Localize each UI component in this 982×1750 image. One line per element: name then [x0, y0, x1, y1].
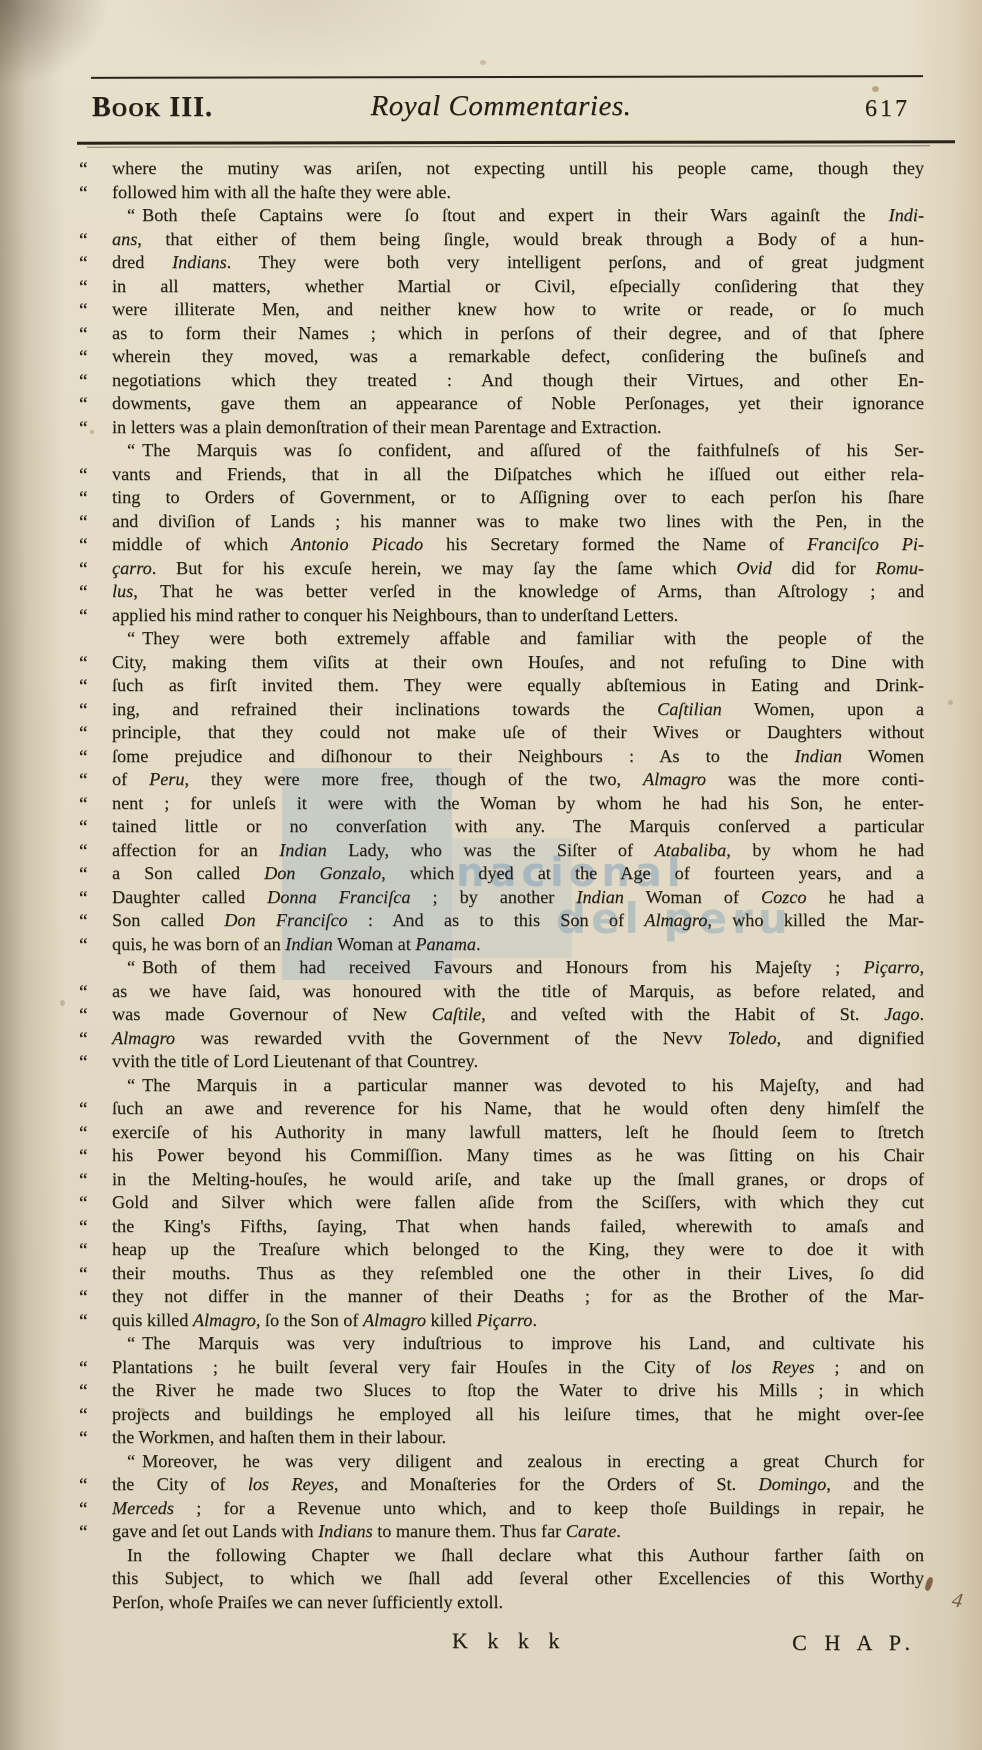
text-segment: , — [919, 957, 924, 977]
text-segment: ting to Orders of Government, or to Aſſi… — [112, 487, 924, 507]
text-line: “Gold and Silver which were fallen aſide… — [112, 1191, 924, 1215]
text-segment: Moreover, he was very diligent and zealo… — [142, 1451, 924, 1471]
text-line: “ting to Orders of Government, or to Aſſ… — [112, 486, 924, 510]
text-line: “vants and Friends, that in all the Diſp… — [112, 463, 924, 487]
text-line: “in letters was a plain demonſtration of… — [112, 416, 924, 440]
text-line: “the City of los Reyes, and Monaſteries … — [112, 1473, 924, 1497]
italic-text-segment: Jago — [884, 1004, 919, 1024]
italic-text-segment: Don Gonzalo — [264, 863, 381, 883]
inline-quote-mark: “ — [127, 1075, 142, 1095]
text-line: “affection for an Indian Lady, who was t… — [112, 839, 924, 863]
text-line: “his Power beyond his Commiſſion. Many t… — [112, 1144, 924, 1168]
text-segment: middle of which — [112, 534, 291, 554]
text-line: “Plantations ; he built ſeveral very fai… — [112, 1356, 924, 1380]
foxing-spot — [872, 86, 879, 92]
catchword: C H A P. — [792, 1630, 916, 1656]
text-segment: where the mutiny was ariſen, not expecti… — [112, 158, 924, 178]
foxing-spot — [90, 430, 94, 434]
text-segment: killed — [426, 1310, 477, 1330]
italic-text-segment: Carate — [566, 1521, 617, 1541]
text-line: “the River he made two Sluces to ſtop th… — [112, 1379, 924, 1403]
italic-text-segment: Piçarro — [864, 957, 920, 977]
italic-text-segment: Atabaliba — [655, 840, 727, 860]
text-segment: was made Governour of New — [112, 1004, 432, 1024]
margin-quote-mark: “ — [79, 1169, 86, 1193]
margin-quote-mark: “ — [79, 1098, 86, 1122]
text-segment: quis, he was born of an — [112, 934, 285, 954]
inline-quote-mark: “ — [127, 1333, 142, 1353]
text-segment: the Workmen, and haſten them in their la… — [112, 1427, 446, 1447]
text-segment: : And as to this Son of — [348, 910, 645, 930]
text-line: “middle of which Antonio Picado his Secr… — [112, 533, 924, 557]
text-segment: nent ; for unleſs it were with the Woman… — [112, 793, 924, 813]
italic-text-segment: Domingo — [758, 1474, 826, 1494]
italic-text-segment: Indians — [172, 252, 227, 272]
text-line: “nent ; for unleſs it were with the Woma… — [112, 792, 924, 816]
margin-quote-mark: “ — [79, 1051, 86, 1075]
text-line: “their mouths. Thus as they reſembled on… — [112, 1262, 924, 1286]
text-line: “the King's Fifths, ſaying, That when ha… — [112, 1215, 924, 1239]
text-segment: . — [919, 1004, 924, 1024]
italic-text-segment: Romu- — [876, 558, 925, 578]
header-running-title: Royal Commentaries. — [0, 90, 922, 123]
margin-quote-mark: “ — [79, 1498, 86, 1522]
margin-quote-mark: “ — [79, 276, 86, 300]
text-segment: The Marquis in a particular manner was d… — [142, 1075, 924, 1095]
margin-quote-mark: “ — [79, 793, 86, 817]
text-segment: he had a — [806, 887, 924, 907]
text-segment: Daughter called — [112, 887, 267, 907]
header-top-rule — [91, 75, 923, 79]
text-line: “the Workmen, and haſten them in their l… — [112, 1426, 924, 1450]
margin-quote-mark: “ — [79, 840, 86, 864]
text-line: “The Marquis in a particular manner was … — [112, 1074, 924, 1098]
text-segment: Both theſe Captains were ſo ſtout and ex… — [142, 205, 889, 225]
text-line: “heap up the Treaſure which belonged to … — [112, 1238, 924, 1262]
text-line: “ſuch as firſt invited them. They were e… — [112, 674, 924, 698]
margin-quote-mark: “ — [79, 1004, 86, 1028]
text-line: “City, making them viſits at their own H… — [112, 651, 924, 675]
text-line: “a Son called Don Gonzalo, which dyed at… — [112, 862, 924, 886]
text-line: this Subject, to which we ſhall add ſeve… — [112, 1567, 924, 1591]
foxing-spot — [948, 700, 953, 705]
text-line: “in all matters, whether Martial or Civi… — [112, 275, 924, 299]
body-text: “where the mutiny was ariſen, not expect… — [112, 157, 924, 1614]
text-segment: in letters was a plain demonſtration of … — [112, 417, 661, 437]
ink-fleck — [924, 1576, 934, 1591]
text-segment: vvith the title of Lord Lieutenant of th… — [112, 1051, 478, 1071]
italic-text-segment: los Reyes — [248, 1474, 334, 1494]
margin-quote-mark: “ — [79, 581, 86, 605]
margin-quote-mark: “ — [79, 393, 86, 417]
text-line: “of Peru, they were more free, though of… — [112, 768, 924, 792]
text-segment: Woman of — [624, 887, 761, 907]
text-segment: The Marquis was ſo confident, and aſſure… — [142, 440, 924, 460]
margin-quote-mark: “ — [79, 699, 86, 723]
text-line: “Merceds ; for a Revenue unto which, and… — [112, 1497, 924, 1521]
text-line: “Both theſe Captains were ſo ſtout and e… — [112, 204, 924, 228]
inline-quote-mark: “ — [127, 628, 142, 648]
italic-text-segment: Almagro — [363, 1310, 426, 1330]
text-line: In the following Chapter we ſhall declar… — [112, 1544, 924, 1568]
margin-quote-mark: “ — [79, 1474, 86, 1498]
text-segment: heap up the Treaſure which belonged to t… — [112, 1239, 924, 1259]
text-line: “was made Governour of New Caſtile, and … — [112, 1003, 924, 1027]
text-segment: gave and ſet out Lands with — [112, 1521, 318, 1541]
text-segment: Women — [842, 746, 924, 766]
text-segment: , and Monaſteries for the Orders of St. — [334, 1474, 759, 1494]
text-segment: as to form their Names ; which in perſon… — [112, 323, 924, 343]
signature-mark: K k k k — [452, 1628, 566, 1654]
italic-text-segment: Indian — [576, 887, 624, 907]
italic-text-segment: Antonio Picado — [291, 534, 423, 554]
text-segment: They were both extremely affable and fam… — [142, 628, 924, 648]
text-line: “ſuch an awe and reverence for his Name,… — [112, 1097, 924, 1121]
text-segment: did for — [772, 558, 876, 578]
italic-text-segment: Indian — [794, 746, 842, 766]
text-line: “They were both extremely affable and fa… — [112, 627, 924, 651]
italic-text-segment: Indians — [318, 1521, 373, 1541]
text-line: “Daughter called Donna Franciſca ; by an… — [112, 886, 924, 910]
italic-text-segment: Indi- — [889, 205, 924, 225]
margin-quote-mark: “ — [79, 934, 86, 958]
text-segment: affection for an — [112, 840, 279, 860]
text-segment: as we have ſaid, was honoured with the t… — [112, 981, 924, 1001]
text-segment: was the more conti- — [706, 769, 924, 789]
text-line: “vvith the title of Lord Lieutenant of t… — [112, 1050, 924, 1074]
margin-quote-mark: “ — [79, 370, 86, 394]
margin-quote-mark: “ — [79, 1357, 86, 1381]
inline-quote-mark: “ — [127, 1451, 142, 1471]
text-segment: applied his mind rather to conquer his N… — [112, 605, 678, 625]
foxing-spot — [140, 1408, 145, 1413]
margin-quote-mark: “ — [79, 558, 86, 582]
text-line: “Son called Don Franciſco : And as to th… — [112, 909, 924, 933]
margin-quote-mark: “ — [79, 887, 86, 911]
text-segment: , by whom he had — [726, 840, 924, 860]
text-line: “wherein they moved, was a remarkable de… — [112, 345, 924, 369]
text-segment: the River he made two Sluces to ſtop the… — [112, 1380, 924, 1400]
text-segment: , and the — [826, 1474, 924, 1494]
text-line: “tained little or no converſation with a… — [112, 815, 924, 839]
text-line: “ans, that either of them being ſingle, … — [112, 228, 924, 252]
text-segment: . They were both very intelligent perſon… — [227, 252, 924, 272]
margin-quote-mark: “ — [79, 158, 86, 182]
margin-quote-mark: “ — [79, 1286, 86, 1310]
margin-quote-mark: “ — [79, 652, 86, 676]
italic-text-segment: Indian — [285, 934, 333, 954]
margin-quote-mark: “ — [79, 182, 86, 206]
text-segment: Both of them had received Favours and Ho… — [142, 957, 863, 977]
text-segment: Lady, who was the Siſter of — [327, 840, 655, 860]
margin-quote-mark: “ — [79, 229, 86, 253]
text-segment: projects and buildings he employed all h… — [112, 1404, 924, 1424]
italic-text-segment: Merceds — [112, 1498, 174, 1518]
margin-quote-mark: “ — [79, 1310, 86, 1334]
italic-text-segment: los Reyes — [731, 1357, 815, 1377]
text-line: “The Marquis was ſo confident, and aſſur… — [112, 439, 924, 463]
margin-quote-mark: “ — [79, 1263, 86, 1287]
text-line: “exerciſe of his Authority in many lawfu… — [112, 1121, 924, 1145]
text-segment: . — [476, 934, 481, 954]
text-line: “Almagro was rewarded vvith the Governme… — [112, 1027, 924, 1051]
foxing-spot — [480, 60, 486, 65]
margin-quote-mark: “ — [79, 1145, 86, 1169]
text-line: “negotiations which they treated : And t… — [112, 369, 924, 393]
margin-quote-mark: “ — [79, 1122, 86, 1146]
margin-quote-mark: “ — [79, 511, 86, 535]
margin-quote-mark: “ — [79, 252, 86, 276]
margin-quote-mark: “ — [79, 605, 86, 629]
text-segment: dowments, gave them an appearance of Nob… — [112, 393, 924, 413]
text-segment: ; and on — [814, 1357, 924, 1377]
text-segment: ; by another — [410, 887, 576, 907]
text-segment: tained little or no converſation with an… — [112, 816, 924, 836]
italic-text-segment: Almagro — [193, 1310, 256, 1330]
text-segment: ; for a Revenue unto which, and to keep … — [174, 1498, 924, 1518]
text-line: “dowments, gave them an appearance of No… — [112, 392, 924, 416]
margin-quote-mark: “ — [79, 1239, 86, 1263]
italic-text-segment: Almagro — [643, 769, 706, 789]
margin-quote-mark: “ — [79, 1521, 86, 1545]
italic-text-segment: Ovid — [736, 558, 771, 578]
text-line: “ing, and refrained their inclinations t… — [112, 698, 924, 722]
italic-text-segment: Piçarro — [476, 1310, 532, 1330]
text-line: “and diviſion of Lands ; his manner was … — [112, 510, 924, 534]
text-segment: in all matters, whether Martial or Civil… — [112, 276, 924, 296]
text-line: “Moreover, he was very diligent and zeal… — [112, 1450, 924, 1474]
margin-quote-mark: “ — [79, 1427, 86, 1451]
text-line: “as to form their Names ; which in perſo… — [112, 322, 924, 346]
text-segment: . — [532, 1310, 537, 1330]
text-line: “followed him with all the haſte they we… — [112, 181, 924, 205]
margin-quote-mark: “ — [79, 981, 86, 1005]
margin-quote-mark: “ — [79, 863, 86, 887]
text-segment: was rewarded vvith the Government of the… — [175, 1028, 728, 1048]
italic-text-segment: Toledo — [728, 1028, 777, 1048]
text-segment: ing, and refrained their inclinations to… — [112, 699, 657, 719]
italic-text-segment: lus — [112, 581, 133, 601]
margin-quote-mark: “ — [79, 1380, 86, 1404]
text-segment: Gold and Silver which were fallen aſide … — [112, 1192, 924, 1212]
italic-text-segment: Franciſco Pi- — [807, 534, 924, 554]
text-line: “principle, that they could not make uſe… — [112, 721, 924, 745]
text-segment: they not differ in the manner of their D… — [112, 1286, 924, 1306]
header-bottom-rule — [77, 140, 955, 145]
margin-quote-mark: “ — [79, 675, 86, 699]
text-line: “where the mutiny was ariſen, not expect… — [112, 157, 924, 181]
text-segment: , That he was better verſed in the knowl… — [133, 581, 924, 601]
margin-quote-mark: “ — [79, 534, 86, 558]
text-line: “çarro. But for his excuſe herein, we ma… — [112, 557, 924, 581]
text-line: “projects and buildings he employed all … — [112, 1403, 924, 1427]
margin-quote-mark: “ — [79, 1192, 86, 1216]
italic-text-segment: Almagro — [112, 1028, 175, 1048]
text-segment: dred — [112, 252, 172, 272]
margin-quote-mark: “ — [79, 1028, 86, 1052]
italic-text-segment: Caſtile — [432, 1004, 482, 1024]
text-segment: Perſon, whoſe Praiſes we can never ſuffi… — [112, 1592, 503, 1612]
inline-quote-mark: “ — [127, 205, 142, 225]
margin-quote-mark: “ — [79, 722, 86, 746]
margin-quote-mark: “ — [79, 299, 86, 323]
text-segment: the King's Fifths, ſaying, That when han… — [112, 1216, 924, 1236]
margin-quote-mark: “ — [79, 746, 86, 770]
italic-text-segment: Indian — [279, 840, 327, 860]
header-page-number: 617 — [865, 96, 910, 123]
margin-quote-mark: “ — [79, 769, 86, 793]
text-segment: vants and Friends, that in all the Diſpa… — [112, 464, 924, 484]
text-segment: Women, upon a — [722, 699, 924, 719]
margin-quote-mark: “ — [79, 417, 86, 441]
text-segment: exerciſe of his Authority in many lawful… — [112, 1122, 924, 1142]
text-segment: , who killed the Mar- — [707, 910, 924, 930]
text-segment: the City of — [112, 1474, 248, 1494]
italic-text-segment: Don Franciſco — [224, 910, 347, 930]
text-line: “The Marquis was very induſtrious to imp… — [112, 1332, 924, 1356]
text-line: “gave and ſet out Lands with Indians to … — [112, 1520, 924, 1544]
text-segment: Plantations ; he built ſeveral very fair… — [112, 1357, 731, 1377]
text-segment: Son called — [112, 910, 224, 930]
text-line: Perſon, whoſe Praiſes we can never ſuffi… — [112, 1591, 924, 1615]
italic-text-segment: Almagro — [644, 910, 707, 930]
text-segment: . But for his excuſe herein, we may ſay … — [152, 558, 737, 578]
text-segment: ſuch as firſt invited them. They were eq… — [112, 675, 924, 695]
text-segment: . — [616, 1521, 621, 1541]
text-segment: City, making them viſits at their own Ho… — [112, 652, 924, 672]
text-line: “dred Indians. They were both very intel… — [112, 251, 924, 275]
text-segment: followed him with all the haſte they wer… — [112, 182, 451, 202]
text-segment: a Son called — [112, 863, 264, 883]
text-segment: of — [112, 769, 149, 789]
margin-quote-mark: “ — [79, 346, 86, 370]
text-segment: The Marquis was very induſtrious to impr… — [142, 1333, 924, 1353]
inline-quote-mark: “ — [127, 440, 142, 460]
text-segment: , and veſted with the Habit of St. — [481, 1004, 884, 1024]
text-segment: this Subject, to which we ſhall add ſeve… — [112, 1568, 924, 1588]
text-segment: in the Melting-houſes, he would ariſe, a… — [112, 1169, 924, 1189]
italic-text-segment: Peru — [149, 769, 184, 789]
text-segment: , that either of them being ſingle, woul… — [137, 229, 924, 249]
text-segment: his Power beyond his Commiſſion. Many ti… — [112, 1145, 924, 1165]
text-segment: , they were more free, though of the two… — [184, 769, 643, 789]
text-segment: ſuch an awe and reverence for his Name, … — [112, 1098, 924, 1118]
text-line: “ſome prejudice and diſhonour to their N… — [112, 745, 924, 769]
italic-text-segment: çarro — [112, 558, 152, 578]
text-segment: principle, that they could not make uſe … — [112, 722, 924, 742]
margin-pen-mark: 4 — [950, 1587, 965, 1613]
book-page-scan: Book III. Royal Commentaries. 617 nacion… — [0, 0, 982, 1750]
text-segment: , which dyed at the Age of fourteen year… — [381, 863, 924, 883]
margin-quote-mark: “ — [79, 323, 86, 347]
text-line: “they not differ in the manner of their … — [112, 1285, 924, 1309]
text-line: “quis killed Almagro, ſo the Son of Alma… — [112, 1309, 924, 1333]
text-segment: wherein they moved, was a remarkable def… — [112, 346, 924, 366]
text-segment: ſome prejudice and diſhonour to their Ne… — [112, 746, 794, 766]
margin-quote-mark: “ — [79, 464, 86, 488]
margin-quote-mark: “ — [79, 1404, 86, 1428]
margin-quote-mark: “ — [79, 487, 86, 511]
text-line: “lus, That he was better verſed in the k… — [112, 580, 924, 604]
text-segment: , ſo the Son of — [256, 1310, 363, 1330]
text-segment: Woman at — [333, 934, 416, 954]
text-segment: quis killed — [112, 1310, 193, 1330]
text-segment: In the following Chapter we ſhall declar… — [127, 1545, 924, 1565]
text-segment: , and dignified — [777, 1028, 924, 1048]
text-line: “in the Melting-houſes, he would ariſe, … — [112, 1168, 924, 1192]
text-segment: their mouths. Thus as they reſembled one… — [112, 1263, 924, 1283]
text-segment: and diviſion of Lands ; his manner was t… — [112, 511, 924, 531]
margin-quote-mark: “ — [79, 1216, 86, 1240]
text-line: “quis, he was born of an Indian Woman at… — [112, 933, 924, 957]
italic-text-segment: ans — [112, 229, 137, 249]
italic-text-segment: Caſtilian — [657, 699, 722, 719]
foxing-spot — [60, 1000, 65, 1006]
margin-quote-mark: “ — [79, 910, 86, 934]
text-segment: negotiations which they treated : And th… — [112, 370, 924, 390]
text-segment: were illiterate Men, and neither knew ho… — [112, 299, 924, 319]
inline-quote-mark: “ — [127, 957, 142, 977]
text-line: “Both of them had received Favours and H… — [112, 956, 924, 980]
italic-text-segment: Cozco — [761, 887, 806, 907]
italic-text-segment: Panama — [415, 934, 476, 954]
text-line: “were illiterate Men, and neither knew h… — [112, 298, 924, 322]
margin-quote-mark: “ — [79, 816, 86, 840]
text-line: “as we have ſaid, was honoured with the … — [112, 980, 924, 1004]
italic-text-segment: Donna Franciſca — [267, 887, 410, 907]
text-line: “applied his mind rather to conquer his … — [112, 604, 924, 628]
text-segment: his Secretary formed the Name of — [423, 534, 807, 554]
text-segment: to manure them. Thus far — [373, 1521, 566, 1541]
